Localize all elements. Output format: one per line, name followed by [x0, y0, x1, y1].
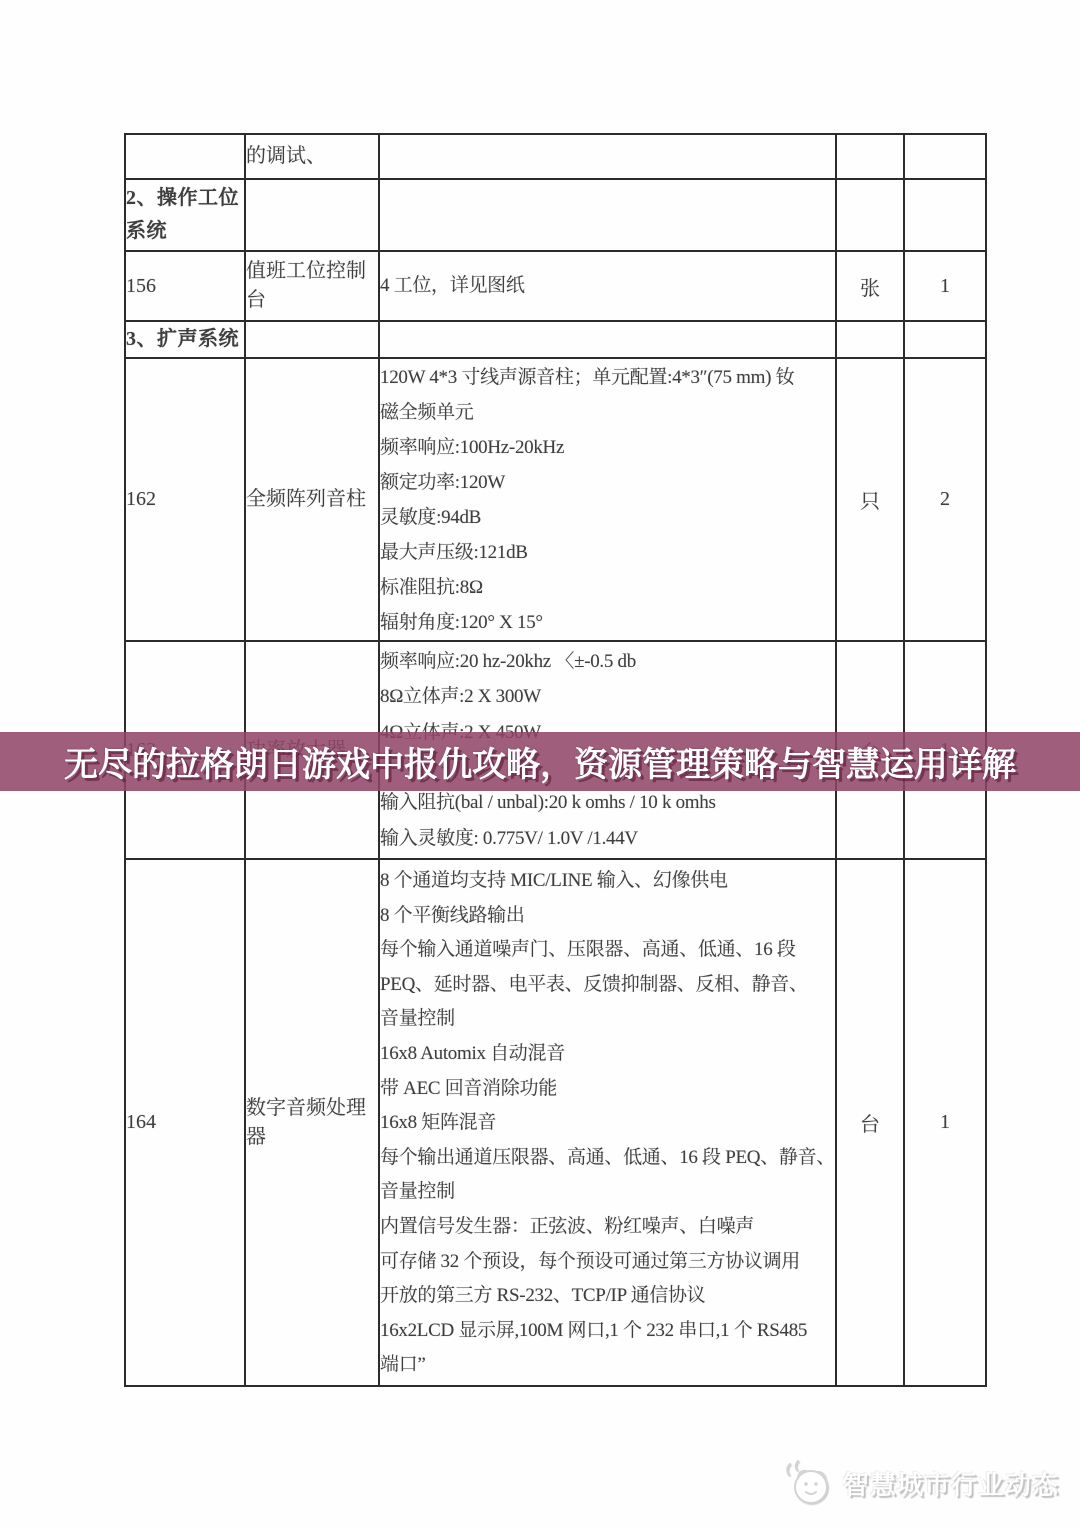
item-no-line: 系统: [126, 215, 244, 248]
item-no-cell: 164: [125, 859, 245, 1386]
watermark-text: 智慧城市行业动态: [843, 1465, 1059, 1502]
item-no-line: 156: [126, 270, 244, 303]
desc-line: 端口”: [380, 1348, 835, 1383]
unit-cell: 只: [836, 358, 904, 641]
unit-cell: 台: [836, 859, 904, 1386]
item-name-cell: 数字音频处理器: [245, 859, 379, 1386]
desc-line: 8 个平衡线路输出: [380, 899, 835, 934]
headline-text: 无尽的拉格朗日游戏中报仇攻略，资源管理策略与智慧运用详解: [64, 737, 1016, 786]
unit-cell: [836, 179, 904, 251]
table-row: 156值班工位控制台4 工位，详见图纸张1: [125, 251, 986, 321]
item-name-cell: 的调试、: [245, 134, 379, 179]
desc-line: 辐射角度:120° X 15°: [380, 605, 835, 640]
desc-line: 120W 4*3 寸线声源音柱；单元配置:4*3″(75 mm) 钕: [380, 360, 835, 395]
item-no-line: 164: [126, 1106, 244, 1139]
item-name-cell: [245, 179, 379, 251]
table-row: 的调试、: [125, 134, 986, 179]
item-no-line: 162: [126, 483, 244, 516]
quantity-cell: [904, 321, 986, 358]
item-desc-cell: [379, 321, 836, 358]
unit-cell: [836, 134, 904, 179]
unit-cell: 张: [836, 251, 904, 321]
desc-line: 可存储 32 个预设，每个预设可通过第三方协议调用: [380, 1245, 835, 1280]
item-name-line: 数字音频处理: [246, 1094, 378, 1123]
desc-line: 开放的第三方 RS-232、TCP/IP 通信协议: [380, 1279, 835, 1314]
item-desc-cell: [379, 134, 836, 179]
page: 的调试、2、操作工位系统156值班工位控制台4 工位，详见图纸张13、扩声系统1…: [0, 0, 1080, 1527]
item-name-cell: [245, 321, 379, 358]
table-row: 3、扩声系统: [125, 321, 986, 358]
item-no-cell: 156: [125, 251, 245, 321]
table-row: 164数字音频处理器8 个通道均支持 MIC/LINE 输入、幻像供电8 个平衡…: [125, 859, 986, 1386]
item-no-cell: 3、扩声系统: [125, 321, 245, 358]
desc-line: 最大声压级:121dB: [380, 535, 835, 570]
table-row: 162全频阵列音柱120W 4*3 寸线声源音柱；单元配置:4*3″(75 mm…: [125, 358, 986, 641]
desc-line: 16x8 Automix 自动混音: [380, 1037, 835, 1072]
item-desc-cell: 120W 4*3 寸线声源音柱；单元配置:4*3″(75 mm) 钕磁全频单元频…: [379, 358, 836, 641]
quantity-cell: [904, 179, 986, 251]
item-no-cell: 162: [125, 358, 245, 641]
item-desc-cell: [379, 179, 836, 251]
quantity-cell: [904, 134, 986, 179]
desc-line: 音量控制: [380, 1175, 835, 1210]
desc-line: 8 个通道均支持 MIC/LINE 输入、幻像供电: [380, 864, 835, 899]
item-name-cell: 值班工位控制台: [245, 251, 379, 321]
quantity-cell: 1: [904, 251, 986, 321]
item-name-cell: 全频阵列音柱: [245, 358, 379, 641]
desc-line: 每个输入通道噪声门、压限器、高通、低通、16 段: [380, 933, 835, 968]
desc-line: 输入灵敏度: 0.775V/ 1.0V /1.44V: [380, 821, 835, 856]
quantity-cell: 2: [904, 358, 986, 641]
headline-banner: 无尽的拉格朗日游戏中报仇攻略，资源管理策略与智慧运用详解: [0, 732, 1080, 791]
desc-line: 磁全频单元: [380, 395, 835, 430]
watermark: 智慧城市行业动态: [782, 1454, 1059, 1512]
desc-line: 音量控制: [380, 1002, 835, 1037]
item-no-line: 3、扩声系统: [126, 323, 244, 356]
desc-line: 16x8 矩阵混音: [380, 1106, 835, 1141]
table-row: 2、操作工位系统: [125, 179, 986, 251]
mascot-face-icon: [782, 1456, 836, 1510]
item-no-cell: [125, 134, 245, 179]
desc-line: 频率响应:20 hz-20khz 〈±-0.5 db: [380, 644, 835, 679]
desc-line: 16x2LCD 显示屏,100M 网口,1 个 232 串口,1 个 RS485: [380, 1314, 835, 1349]
quantity-cell: 1: [904, 859, 986, 1386]
item-no-line: 2、操作工位: [126, 182, 244, 215]
desc-line: PEQ、延时器、电平表、反馈抑制器、反相、静音、: [380, 968, 835, 1003]
item-name-line: 的调试、: [246, 142, 378, 171]
desc-line: 内置信号发生器：正弦波、粉红噪声、白噪声: [380, 1210, 835, 1245]
desc-line: 每个输出通道压限器、高通、低通、16 段 PEQ、静音、: [380, 1141, 835, 1176]
item-name-line: 台: [246, 286, 378, 315]
desc-line: 带 AEC 回音消除功能: [380, 1072, 835, 1107]
item-name-line: 器: [246, 1123, 378, 1152]
desc-line: 8Ω立体声:2 X 300W: [380, 679, 835, 714]
unit-cell: [836, 321, 904, 358]
item-name-line: 全频阵列音柱: [246, 485, 378, 514]
item-name-line: 值班工位控制: [246, 257, 378, 286]
desc-line: 灵敏度:94dB: [380, 500, 835, 535]
desc-line: 额定功率:120W: [380, 465, 835, 500]
desc-line: 频率响应:100Hz-20kHz: [380, 430, 835, 465]
desc-line: 4 工位，详见图纸: [380, 275, 835, 297]
item-no-cell: 2、操作工位系统: [125, 179, 245, 251]
item-desc-cell: 8 个通道均支持 MIC/LINE 输入、幻像供电8 个平衡线路输出每个输入通道…: [379, 859, 836, 1386]
item-desc-cell: 4 工位，详见图纸: [379, 251, 836, 321]
desc-line: 标准阻抗:8Ω: [380, 570, 835, 605]
